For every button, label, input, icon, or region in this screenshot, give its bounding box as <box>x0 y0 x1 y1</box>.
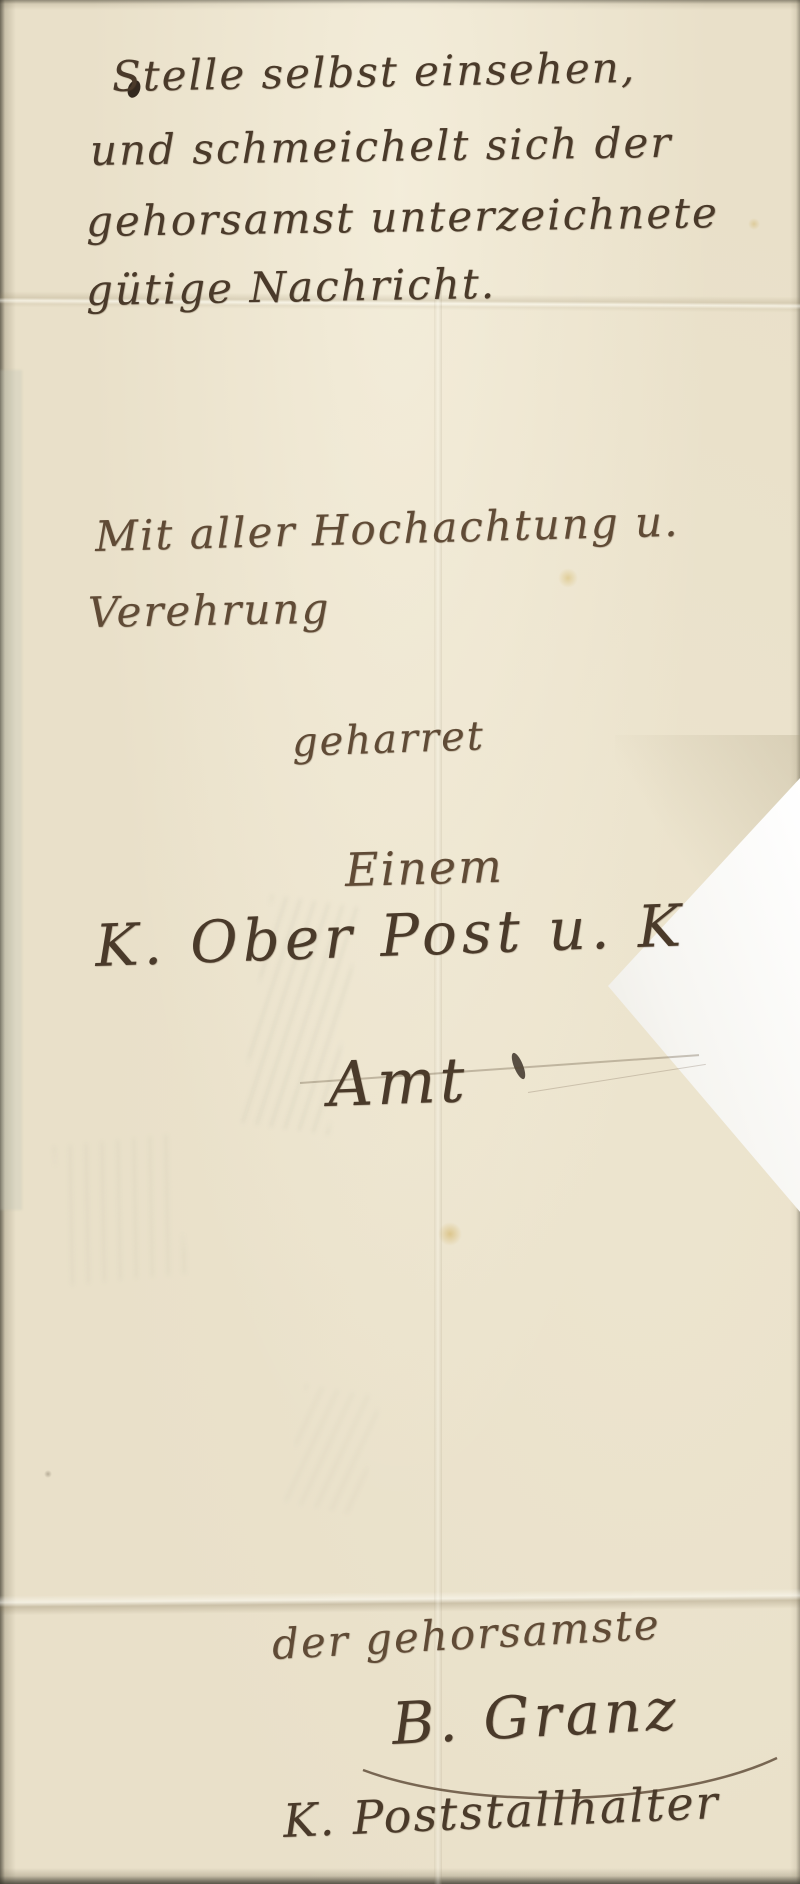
address-line-3: Amt <box>327 1043 470 1121</box>
valediction-word: geharret <box>291 713 485 766</box>
speck <box>44 1470 52 1478</box>
closing-line-1: Mit aller Hochachtung u. <box>94 497 680 561</box>
address-line-1: Einem <box>344 839 504 897</box>
bleedthrough-mark <box>285 1384 380 1515</box>
handwriting-line-1: Stelle selbst einsehen, <box>112 43 637 101</box>
stain <box>748 218 760 230</box>
bleedthrough-band <box>0 370 22 1210</box>
paper-notch <box>600 770 800 1220</box>
scan-edge-top <box>0 0 800 4</box>
signature-title-line: K. Poststallhalter <box>282 1775 721 1848</box>
closing-line-2: Verehrung <box>88 584 331 637</box>
handwriting-line-3: gehorsamst unterzeichnete <box>86 188 720 246</box>
letter-scan: Stelle selbst einsehen, und schmeichelt … <box>0 0 800 1884</box>
bleedthrough-mark <box>53 1134 187 1286</box>
stain <box>558 568 578 588</box>
fold-crease-horizontal-bottom <box>0 1588 800 1615</box>
pen-scratch-line <box>528 1064 706 1093</box>
handwriting-line-2: und schmeichelt sich der <box>90 118 673 175</box>
scan-edge-bottom <box>0 1876 800 1884</box>
address-line-2: K. Ober Post u. K <box>94 891 687 980</box>
handwriting-line-4: gütige Nachricht. <box>86 259 497 315</box>
